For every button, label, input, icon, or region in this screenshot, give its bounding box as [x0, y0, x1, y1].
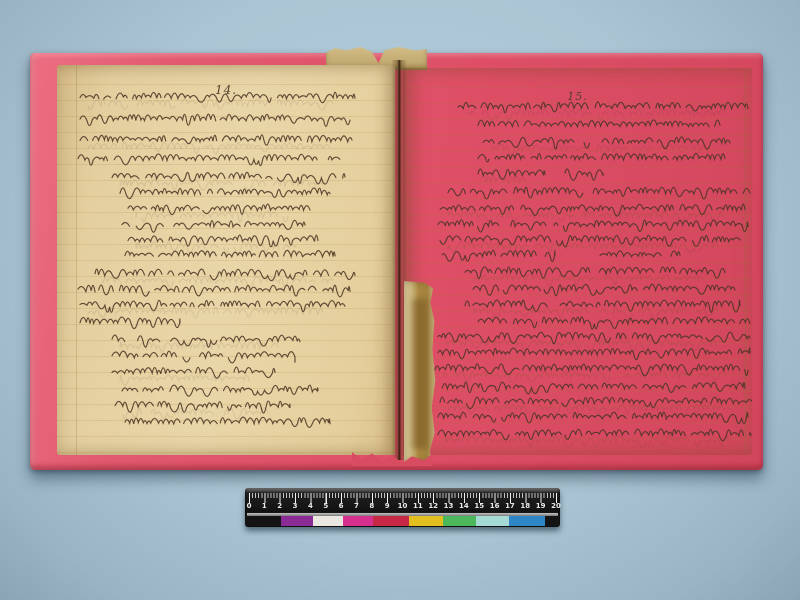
ruler-number: 17	[505, 501, 515, 511]
ruler-number: 5	[323, 501, 328, 511]
bleed-through-text	[446, 434, 729, 450]
handwritten-text-line	[122, 383, 318, 399]
ruler-number: 2	[277, 501, 282, 511]
color-patch-blue	[509, 516, 545, 526]
ruler-number: 20	[551, 501, 561, 511]
handwritten-text-line	[438, 346, 750, 362]
ruler-number: 13	[444, 501, 454, 511]
color-patch-black-end	[545, 516, 558, 526]
handwritten-text-line	[78, 283, 350, 299]
photo-backdrop: 14. 15. 01234567891011121314151617181920	[0, 0, 800, 600]
color-patch-black	[247, 516, 281, 526]
ruler-number: 11	[413, 501, 423, 511]
handwritten-text-line	[438, 410, 748, 426]
ruler-number: 12	[428, 501, 438, 511]
calibration-ruler: 01234567891011121314151617181920	[245, 488, 560, 527]
handwritten-text-line	[478, 118, 720, 134]
ruler-number: 7	[354, 501, 359, 511]
color-patch-yellow	[409, 516, 443, 526]
ruler-number: 10	[398, 501, 408, 511]
color-patch-red	[373, 516, 409, 526]
ruler-number: 1	[262, 501, 267, 511]
handwritten-text-line	[600, 248, 680, 264]
color-patch-white	[313, 516, 343, 526]
handwritten-text-line	[112, 349, 295, 365]
margin-line	[76, 65, 77, 455]
color-patch-purple	[281, 516, 313, 526]
color-patch-magenta	[343, 516, 373, 526]
handwritten-text-line	[122, 218, 305, 234]
ruler-number: 15	[474, 501, 484, 511]
page-left: 14.	[57, 65, 395, 455]
ruler-number: 14	[459, 501, 469, 511]
handwritten-text-line	[478, 315, 750, 331]
color-patch-cyan	[476, 516, 509, 526]
color-calibration-patches	[247, 516, 558, 526]
handwritten-text-line	[565, 167, 603, 183]
ruler-number: 4	[308, 501, 313, 511]
handwritten-text-line	[78, 152, 340, 168]
handwritten-text-line	[125, 415, 330, 431]
ruler-number: 3	[293, 501, 298, 511]
handwritten-text-line	[470, 282, 735, 298]
ruler-number: 8	[369, 501, 374, 511]
page-right: 15.	[403, 68, 752, 455]
ruler-number: 18	[520, 501, 530, 511]
handwritten-text-line	[438, 380, 745, 396]
ruler-number: 6	[339, 501, 344, 511]
ruler-number-row: 01234567891011121314151617181920	[245, 501, 560, 511]
bleed-through-text	[88, 97, 333, 113]
color-patch-green	[443, 516, 476, 526]
ruler-number: 16	[490, 501, 500, 511]
handwritten-text-line	[120, 186, 330, 202]
handwritten-text-line	[478, 151, 725, 167]
handwritten-text-line	[442, 248, 555, 264]
handwritten-text-line	[438, 218, 748, 234]
tape-stain	[412, 299, 428, 449]
handwritten-text-line	[80, 112, 350, 128]
handwritten-text-line	[125, 248, 335, 264]
handwritten-text-line	[80, 315, 180, 331]
ruler-number: 0	[247, 501, 252, 511]
handwritten-text-line	[448, 185, 750, 201]
ruler-number: 19	[536, 501, 546, 511]
ruler-number: 9	[385, 501, 390, 511]
